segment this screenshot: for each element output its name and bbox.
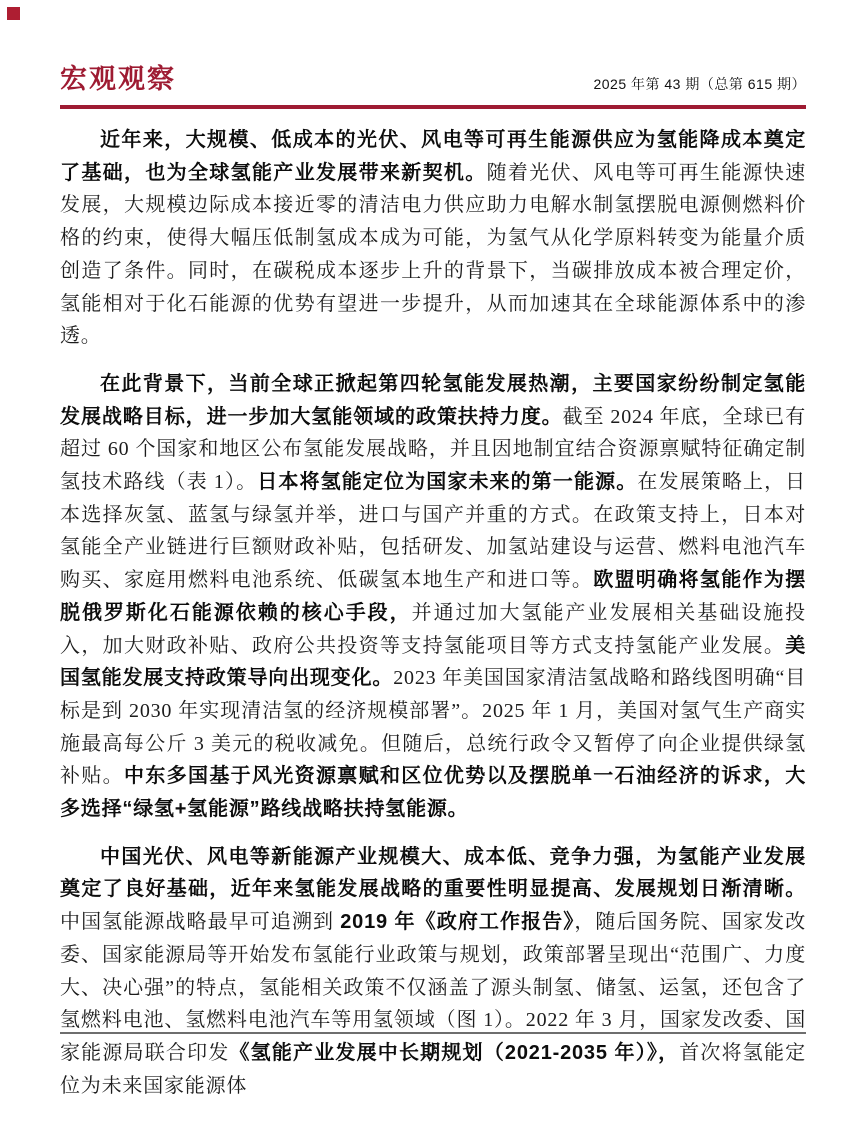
page-number: 3 [0, 1043, 866, 1059]
footer-divider [60, 1032, 806, 1034]
corner-red-square [7, 7, 20, 20]
paragraph: 在此背景下，当前全球正掀起第四轮氢能发展热潮，主要国家纷纷制定氢能发展战略目标，… [60, 368, 806, 826]
paragraph: 中国光伏、风电等新能源产业规模大、成本低、竞争力强，为氢能产业发展奠定了良好基础… [60, 841, 806, 1103]
page-title: 宏观观察 [60, 66, 176, 93]
report-page: { "page": { "accent_red": "#9E1B32", "fo… [0, 0, 866, 1122]
text-segment: 日本将氢能定位为国家未来的第一能源。 [257, 471, 637, 493]
text-segment: 2019 年《政府工作报告》 [340, 911, 574, 933]
body-paragraphs: 近年来，大规模、低成本的光伏、风电等可再生能源供应为氢能降成本奠定了基础，也为全… [60, 124, 806, 1117]
text-segment: 中国氢能源战略最早可追溯到 [60, 911, 340, 933]
text-segment: 中东多国基于风光资源禀赋和区位优势以及摆脱单一石油经济的诉求，大多选择“绿氢+氢… [60, 765, 806, 820]
header-divider [60, 105, 806, 109]
text-segment: 随着光伏、风电等可再生能源快速发展，大规模边际成本接近零的清洁电力供应助力电解水… [60, 162, 806, 348]
paragraph: 近年来，大规模、低成本的光伏、风电等可再生能源供应为氢能降成本奠定了基础，也为全… [60, 124, 806, 353]
text-segment: 中国光伏、风电等新能源产业规模大、成本低、竞争力强，为氢能产业发展奠定了良好基础… [60, 846, 806, 901]
page-header: 宏观观察 2025 年第 43 期（总第 615 期） [60, 66, 806, 93]
issue-label: 2025 年第 43 期（总第 615 期） [593, 77, 806, 93]
